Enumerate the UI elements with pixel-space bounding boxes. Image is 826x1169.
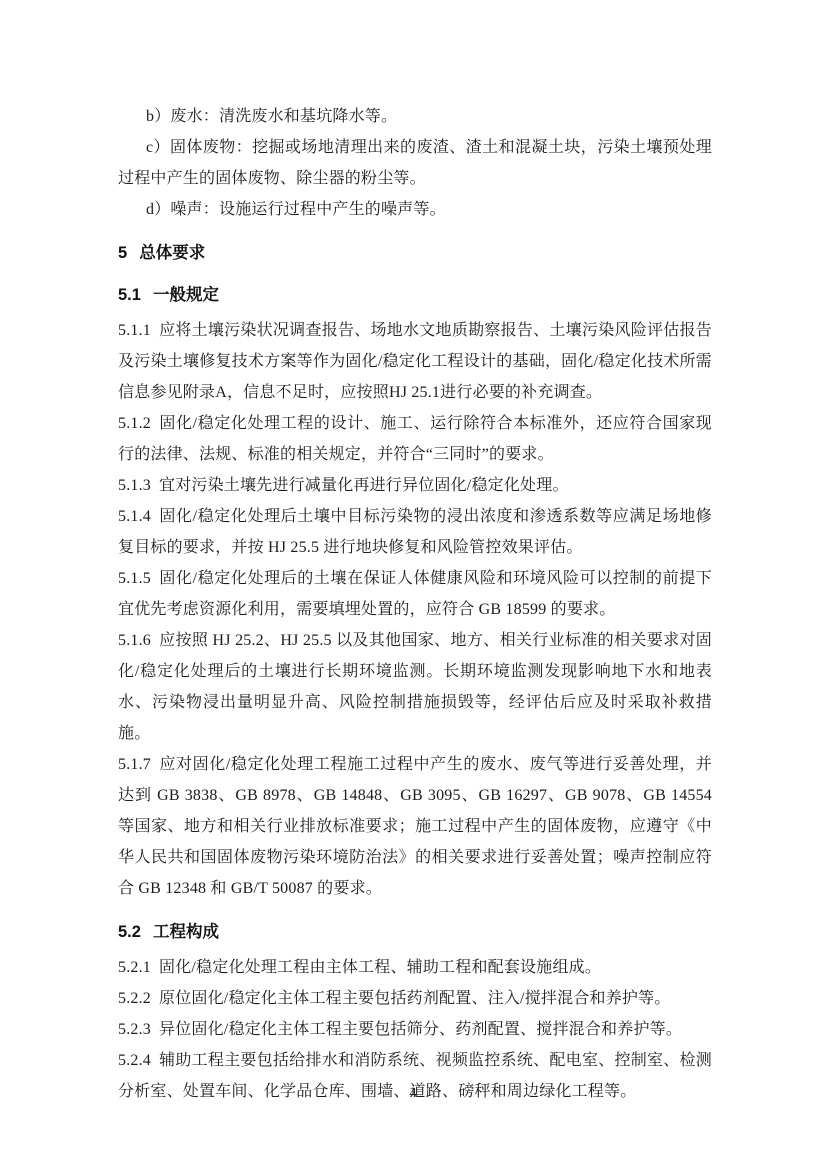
clause-number: 5.2.1: [118, 959, 151, 976]
section-title: 总体要求: [139, 244, 205, 262]
page-number: 4: [0, 1085, 826, 1103]
clause-text: 异位固化/稳定化主体工程主要包括筛分、药剂配置、搅拌混合和养护等。: [159, 1021, 682, 1038]
clause-text: 应按照 HJ 25.2、HJ 25.5 以及其他国家、地方、相关行业标准的相关要…: [118, 632, 712, 742]
clause-number: 5.2.2: [118, 990, 151, 1007]
section-heading-5.2: 5.2工程构成: [118, 918, 712, 946]
section-title: 工程构成: [153, 923, 219, 941]
document-page: b）废水：清洗废水和基坑降水等。c）固体废物：挖掘或场地清理出来的废渣、渣土和混…: [0, 0, 826, 1169]
clause-number: 5.1.1: [118, 322, 151, 339]
list-item-text: c）固体废物：挖掘或场地清理出来的废渣、渣土和混凝土块，污染土壤预处理过程中产生…: [118, 139, 712, 187]
clause-text: 固化/稳定化处理工程由主体工程、辅助工程和配套设施组成。: [159, 959, 601, 976]
clause-number: 5.1.3: [118, 477, 151, 494]
clause-5.2.2: 5.2.2原位固化/稳定化主体工程主要包括药剂配置、注入/搅拌混合和养护等。: [118, 983, 712, 1014]
clause-text: 宜对污染土壤先进行减量化再进行异位固化/稳定化处理。: [159, 477, 569, 494]
clause-5.2.1: 5.2.1固化/稳定化处理工程由主体工程、辅助工程和配套设施组成。: [118, 952, 712, 983]
clause-text: 固化/稳定化处理工程的设计、施工、运行除符合本标准外，还应符合国家现行的法律、法…: [118, 415, 712, 463]
clause-number: 5.1.5: [118, 570, 151, 587]
clause-number: 5.1.4: [118, 508, 151, 525]
clause-5.2.3: 5.2.3异位固化/稳定化主体工程主要包括筛分、药剂配置、搅拌混合和养护等。: [118, 1014, 712, 1045]
clause-5.1.6: 5.1.6应按照 HJ 25.2、HJ 25.5 以及其他国家、地方、相关行业标…: [118, 625, 712, 749]
section-number: 5.1: [118, 286, 141, 304]
list-item-d: d）噪声：设施运行过程中产生的噪声等。: [118, 194, 712, 225]
clause-5.1.4: 5.1.4固化/稳定化处理后土壤中目标污染物的浸出浓度和渗透系数等应满足场地修复…: [118, 501, 712, 563]
clause-number: 5.1.7: [118, 756, 151, 773]
section-title: 一般规定: [153, 286, 219, 304]
section-number: 5.2: [118, 923, 141, 941]
clause-number: 5.2.3: [118, 1021, 151, 1038]
section-number: 5: [118, 244, 127, 262]
clause-5.1.1: 5.1.1应将土壤污染状况调查报告、场地水文地质勘察报告、土壤污染风险评估报告及…: [118, 315, 712, 408]
clause-5.1.5: 5.1.5固化/稳定化处理后的土壤在保证人体健康风险和环境风险可以控制的前提下宜…: [118, 563, 712, 625]
list-item-text: b）废水：清洗废水和基坑降水等。: [146, 108, 397, 125]
clause-number: 5.2.4: [118, 1052, 151, 1069]
clause-text: 原位固化/稳定化主体工程主要包括药剂配置、注入/搅拌混合和养护等。: [159, 990, 671, 1007]
clause-text: 固化/稳定化处理后的土壤在保证人体健康风险和环境风险可以控制的前提下宜优先考虑资…: [118, 570, 712, 618]
clause-number: 5.1.2: [118, 415, 151, 432]
clause-text: 应对固化/稳定化处理工程施工过程中产生的废水、废气等进行妥善处理，并达到 GB …: [118, 756, 712, 897]
document-content: b）废水：清洗废水和基坑降水等。c）固体废物：挖掘或场地清理出来的废渣、渣土和混…: [118, 101, 712, 1107]
clause-5.1.7: 5.1.7应对固化/稳定化处理工程施工过程中产生的废水、废气等进行妥善处理，并达…: [118, 749, 712, 904]
list-item-b: b）废水：清洗废水和基坑降水等。: [118, 101, 712, 132]
clause-number: 5.1.6: [118, 632, 151, 649]
clause-5.1.3: 5.1.3宜对污染土壤先进行减量化再进行异位固化/稳定化处理。: [118, 470, 712, 501]
clause-text: 固化/稳定化处理后土壤中目标污染物的浸出浓度和渗透系数等应满足场地修复目标的要求…: [118, 508, 712, 556]
section-heading-5.1: 5.1一般规定: [118, 281, 712, 309]
list-item-c: c）固体废物：挖掘或场地清理出来的废渣、渣土和混凝土块，污染土壤预处理过程中产生…: [118, 132, 712, 194]
clause-5.1.2: 5.1.2固化/稳定化处理工程的设计、施工、运行除符合本标准外，还应符合国家现行…: [118, 408, 712, 470]
list-item-text: d）噪声：设施运行过程中产生的噪声等。: [146, 201, 446, 218]
clause-text: 应将土壤污染状况调查报告、场地水文地质勘察报告、土壤污染风险评估报告及污染土壤修…: [118, 322, 712, 401]
section-heading-5: 5总体要求: [118, 239, 712, 267]
